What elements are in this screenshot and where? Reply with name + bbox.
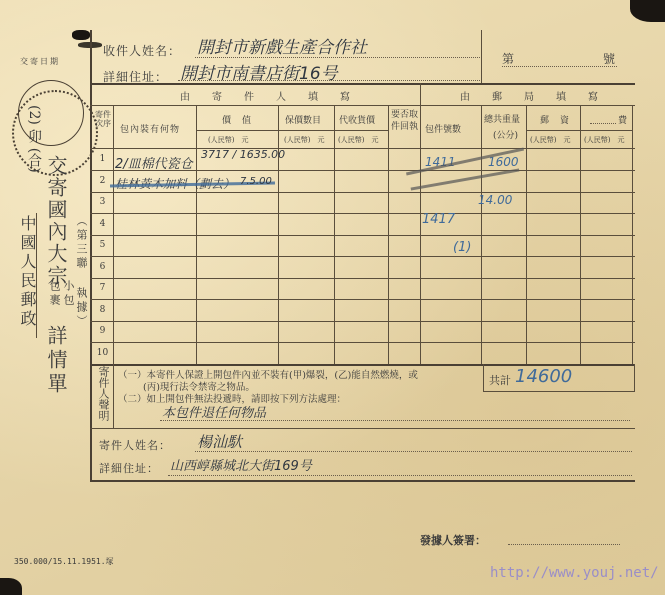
form-sub-bottom: 包裹: [46, 280, 62, 308]
title-rule: [36, 213, 37, 338]
pencil-stroke: [411, 168, 520, 190]
row-number: 6: [92, 262, 113, 272]
unit-subline: [526, 130, 632, 131]
org-title: 中國人民郵政: [18, 215, 36, 329]
sender-name-label: 寄件人姓名：: [99, 437, 171, 453]
table-top: [90, 83, 635, 85]
declaration-2-value: 本包件退任何物品: [162, 402, 266, 421]
col-pkg-count-header: 包件號數: [425, 122, 461, 135]
col-cod-header: 代收貨價: [339, 113, 375, 126]
receiver-sign-line: [508, 544, 620, 545]
circled-mark: (1): [453, 240, 471, 255]
row-line: [90, 192, 635, 193]
burn-mark: [72, 30, 90, 40]
sender-address-value: 山西崞縣城北大街169号: [170, 455, 312, 474]
row-line: [90, 235, 635, 236]
serial-suffix: 號: [603, 50, 615, 67]
row-2-value: 7.5.00: [240, 176, 272, 187]
total-label: 共計: [489, 372, 511, 388]
row-line: [90, 342, 635, 343]
watermark: http://www.youj.net/: [490, 565, 659, 581]
receipt-date-label: 交寄日期: [20, 56, 60, 67]
header-bottom: [90, 148, 635, 149]
col-value-unit: (人民幣) 元: [208, 135, 248, 145]
row-number: 3: [92, 197, 113, 207]
receiver-sign-label: 發據人簽署：: [420, 532, 486, 548]
col-contents-header: 包內裝有何物: [120, 122, 180, 135]
torn-corner: [0, 578, 22, 595]
col-value-header: 價 值: [222, 113, 252, 126]
sender-section-header: 由 寄 件 人 填 寫: [180, 88, 356, 103]
form-title: 交寄國內大宗: [45, 155, 67, 287]
total-value: 14600: [515, 366, 572, 387]
row-number: 8: [92, 305, 113, 315]
col-insured-unit: (人民幣) 元: [284, 135, 324, 145]
recipient-name-value: 開封市新戲生產合作社: [197, 33, 367, 58]
row-number: 4: [92, 219, 113, 229]
section-header-line: [90, 105, 635, 106]
serial-line: [502, 66, 617, 67]
sender-name-value: 楊汕馱: [197, 431, 242, 452]
col-return-header: 要否取件回執: [391, 109, 419, 133]
recipient-name-line: [195, 57, 480, 58]
row-number: 9: [92, 326, 113, 336]
sender-top: [90, 428, 635, 429]
torn-corner: [630, 0, 665, 22]
col-seq-header: 寄件次序: [95, 110, 111, 128]
form-bottom: [90, 480, 635, 482]
row-number: 10: [92, 348, 113, 358]
form-title-end: 詳情單: [45, 325, 67, 397]
weight-mark: 14.00: [478, 193, 512, 207]
row-number: 5: [92, 240, 113, 250]
sender-address-label: 詳細住址：: [99, 460, 159, 476]
serial-divider: [481, 30, 482, 83]
row-line: [90, 213, 635, 214]
fee-blank: [590, 123, 616, 124]
section-divider: [420, 83, 421, 105]
serial-prefix: 第: [502, 50, 514, 67]
sender-address-line: [168, 475, 632, 476]
row-number: 1: [92, 154, 113, 164]
postoffice-section-header: 由 郵 局 填 寫: [460, 88, 604, 103]
left-border: [90, 30, 92, 480]
col-cod-unit: (人民幣) 元: [338, 135, 378, 145]
col-postage-header: 郵 資: [540, 113, 570, 126]
col-fee-header: 費: [618, 113, 628, 126]
stamp-text: (2) 卯 (合): [24, 105, 44, 173]
row-1-value: 3717 / 1635.00: [201, 148, 285, 161]
declaration-line: [160, 420, 630, 421]
row-number: 7: [92, 283, 113, 293]
unit-subline: [196, 130, 388, 131]
col-postage-unit: (人民幣) 元: [530, 135, 570, 145]
row-1-contents: 2/皿棉代瓷仓: [115, 153, 193, 172]
col-fee-unit: (人民幣) 元: [584, 135, 624, 145]
row-line: [90, 299, 635, 300]
row-line: [90, 256, 635, 257]
row-line: [90, 278, 635, 279]
recipient-name-label: 收件人姓名：: [103, 42, 181, 59]
recipient-address-line: [178, 80, 480, 81]
copy-note: （第三聯 執據）: [73, 215, 89, 329]
print-code: 350.000/15.11.1951.塚: [14, 556, 114, 567]
declaration-divider: [113, 364, 114, 428]
col-weight-header: 總共重量: [484, 112, 520, 125]
sender-name-line: [195, 451, 632, 452]
col-weight-unit: (公分): [493, 128, 518, 141]
col-insured-header: 保價數目: [285, 113, 321, 126]
row-line: [90, 321, 635, 322]
declaration-label: 寄件人聲明: [95, 366, 111, 421]
pkg-count-mark: 1417: [422, 212, 455, 227]
